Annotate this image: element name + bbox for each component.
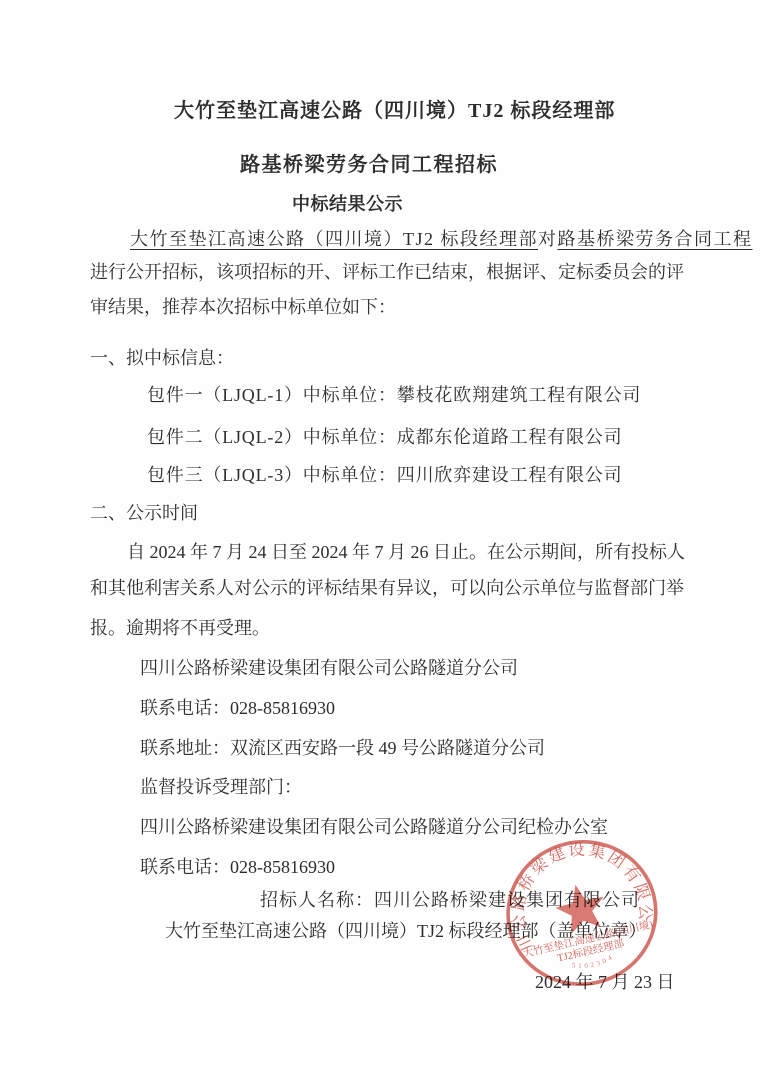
- bid-package-item-3: 包件三（LJQL-3）中标单位：四川欣弈建设工程有限公司: [147, 464, 622, 487]
- section1-heading: 一、拟中标信息：: [90, 347, 234, 370]
- contact-address: 联系地址：双流区西安路一段 49 号公路隧道分公司: [140, 737, 545, 760]
- supervision-heading: 监督投诉受理部门：: [140, 776, 302, 799]
- paragraph1-line1: 大竹至垫江高速公路（四川境）TJ2 标段经理部对路基桥梁劳务合同工程: [130, 228, 753, 251]
- section2-line3: 报。逾期将不再受理。: [90, 617, 270, 640]
- paragraph1-line3: 审结果，推荐本次招标中标单位如下：: [90, 296, 396, 319]
- contact-phone-2: 联系电话：028-85816930: [140, 856, 335, 879]
- bid-package-item-1: 包件一（LJQL-1）中标单位：攀枝花欧翔建筑工程有限公司: [147, 384, 641, 407]
- underlined-project-name: 路基桥梁劳务合同工程: [558, 229, 753, 249]
- doc-title-line1: 大竹至垫江高速公路（四川境）TJ2 标段经理部: [174, 99, 615, 124]
- stamp-star-icon: [551, 879, 610, 936]
- doc-title-line3: 中标结果公示: [292, 193, 403, 216]
- section2-line1: 自 2024 年 7 月 24 日至 2024 年 7 月 26 日止。在公示期…: [127, 541, 685, 564]
- section2-heading: 二、公示时间: [90, 502, 198, 525]
- official-stamp: 四川公路桥梁建设集团有限公司 大竹至垫江高速公路(四川境) TJ2标段经理部 5…: [495, 829, 670, 999]
- supervision-company: 四川公路桥梁建设集团有限公司公路隧道分公司纪检办公室: [140, 816, 608, 839]
- paragraph1-line2: 进行公开招标，该项招标的开、评标工作已结束，根据评、定标委员会的评: [90, 261, 684, 284]
- document-page: 大竹至垫江高速公路（四川境）TJ2 标段经理部 路基桥梁劳务合同工程招标 中标结…: [0, 0, 764, 1080]
- contact-phone-1: 联系电话：028-85816930: [140, 697, 335, 720]
- underlined-project-department: 大竹至垫江高速公路（四川境）TJ2 标段经理部: [130, 229, 538, 249]
- doc-title-line2: 路基桥梁劳务合同工程招标: [240, 153, 498, 178]
- bid-package-item-2: 包件二（LJQL-2）中标单位：成都东伦道路工程有限公司: [147, 426, 622, 449]
- section2-line2: 和其他利害关系人对公示的评标结果有异议，可以向公示单位与监督部门举: [90, 577, 684, 600]
- plain-connector: 对: [538, 229, 558, 249]
- contact-company: 四川公路桥梁建设集团有限公司公路隧道分公司: [140, 657, 518, 680]
